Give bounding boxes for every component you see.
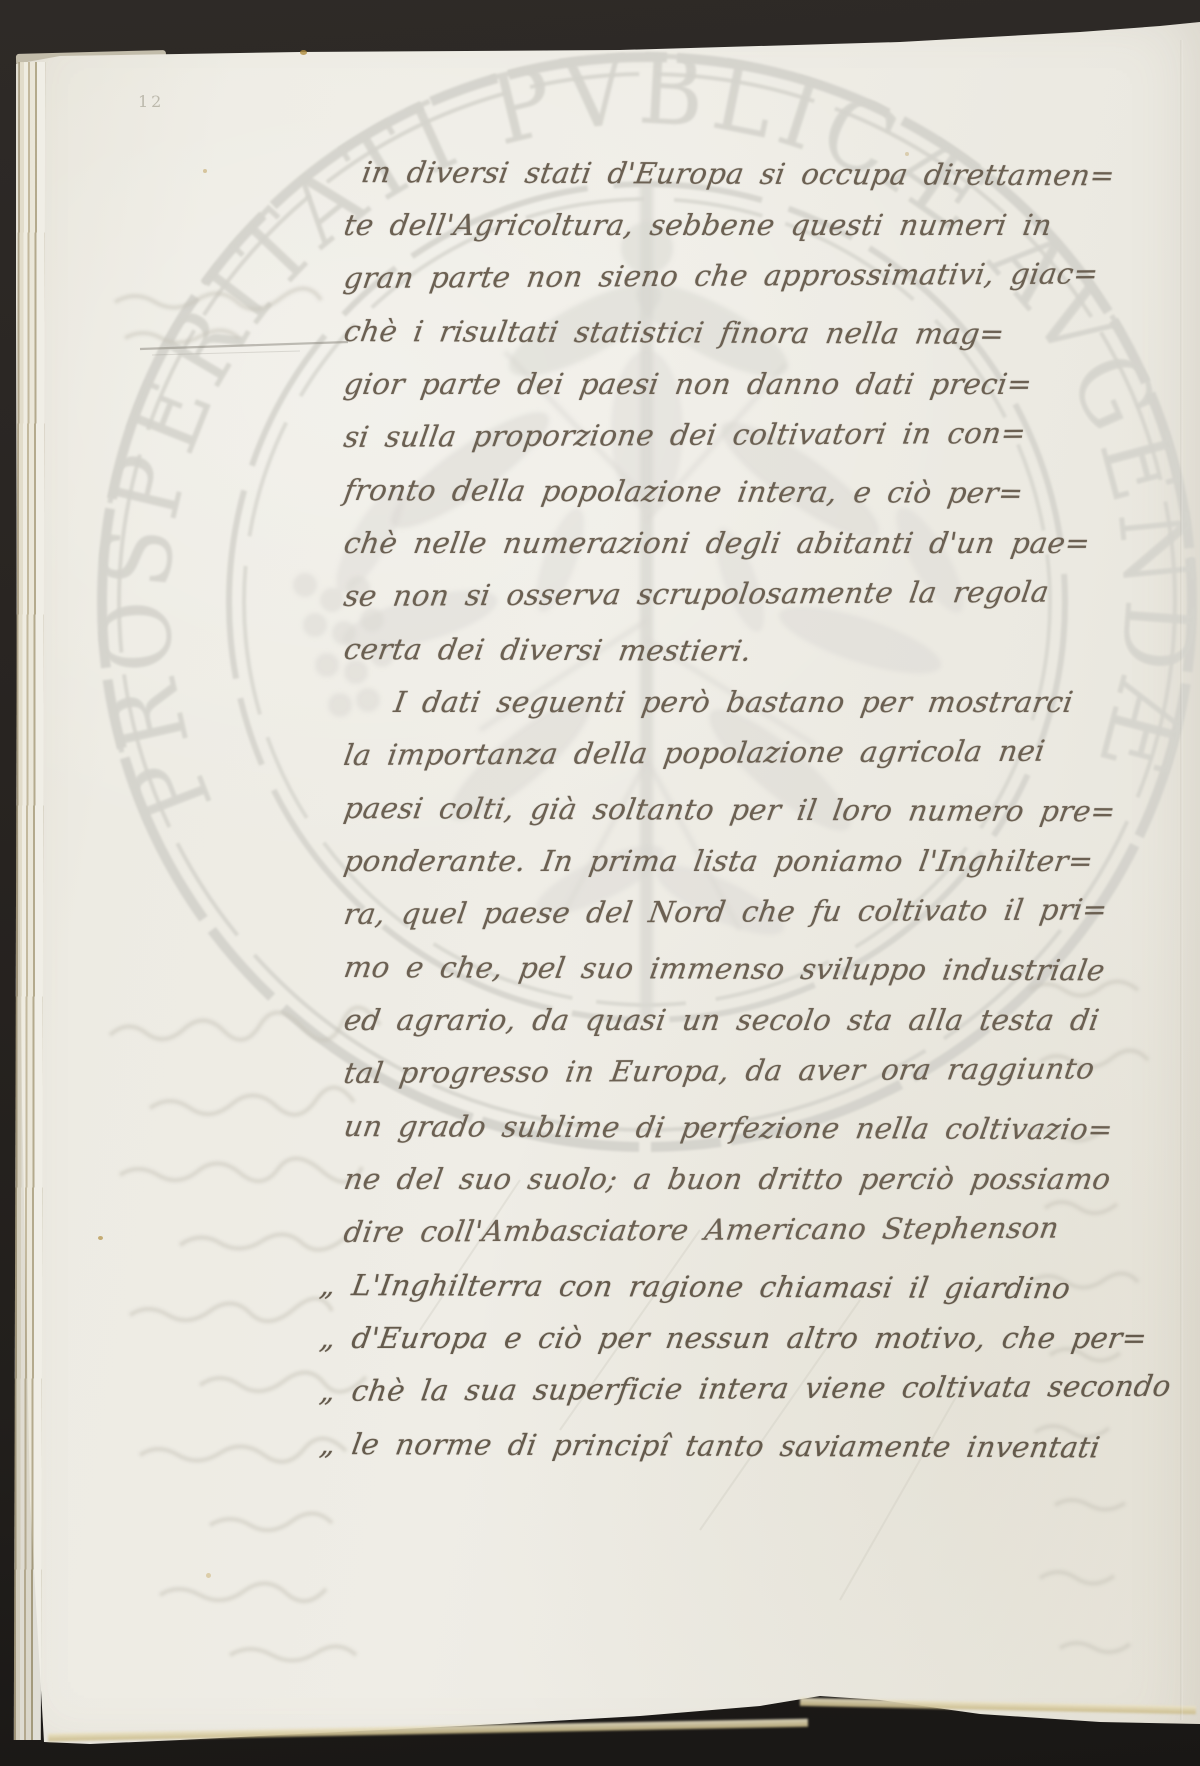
manuscript-line: ra, quel paese del Nord che fu coltivato… bbox=[340, 884, 1069, 941]
scanned-manuscript-photo: PROSPERITATI PVBLICÆ AVGENDÆ bbox=[0, 0, 1200, 1766]
manuscript-line: paesi colti, già soltanto per il loro nu… bbox=[340, 782, 1068, 838]
manuscript-line: dire coll'Ambasciatore Americano Stephen… bbox=[340, 1202, 1069, 1259]
manuscript-line: chè nelle numerazioni degli abitanti d'u… bbox=[340, 517, 1068, 570]
manuscript-line: certa dei diversi mestieri. bbox=[340, 623, 1068, 679]
manuscript-line: „ le norme di principî tanto saviamente … bbox=[316, 1418, 1068, 1474]
manuscript-line: „ d'Europa e ciò per nessun altro motivo… bbox=[316, 1312, 1068, 1365]
manuscript-line: I dati seguenti però bastano per mostrar… bbox=[340, 676, 1068, 729]
page-fold-line bbox=[1180, 40, 1183, 1720]
manuscript-line: chè i risultati statistici finora nella … bbox=[340, 305, 1068, 361]
paper-stain bbox=[905, 152, 909, 156]
manuscript-line: gior parte dei paesi non danno dati prec… bbox=[340, 358, 1068, 411]
manuscript-line: la importanza della popolazione agricola… bbox=[340, 725, 1069, 782]
manuscript-line: si sulla proporzione dei coltivatori in … bbox=[340, 407, 1069, 464]
manuscript-line: ne del suo suolo; a buon dritto perciò p… bbox=[340, 1153, 1068, 1206]
manuscript-line: ponderante. In prima lista poniamo l'Ing… bbox=[340, 835, 1068, 888]
manuscript-text-block: in diversi stati d'Europa si occupa dire… bbox=[340, 146, 1060, 1471]
manuscript-line: „ L'Inghilterra con ragione chiamasi il … bbox=[316, 1259, 1068, 1315]
paper-stain bbox=[206, 1573, 211, 1578]
manuscript-line: tal progresso in Europa, da aver ora rag… bbox=[340, 1043, 1069, 1100]
manuscript-line: un grado sublime di perfezione nella col… bbox=[340, 1100, 1068, 1156]
manuscript-line: te dell'Agricoltura, sebbene questi nume… bbox=[340, 199, 1068, 252]
paper-stain bbox=[98, 1236, 103, 1240]
paper-stain bbox=[203, 169, 207, 173]
page-number: 12 bbox=[138, 92, 164, 111]
manuscript-line: fronto della popolazione intera, e ciò p… bbox=[340, 464, 1068, 520]
manuscript-line: mo e che, pel suo immenso sviluppo indus… bbox=[340, 941, 1068, 997]
manuscript-line: in diversi stati d'Europa si occupa dire… bbox=[340, 146, 1068, 202]
paper-stack-edges bbox=[14, 62, 45, 1740]
paper-stain bbox=[300, 50, 307, 55]
manuscript-line: „ chè la sua superficie intera viene col… bbox=[316, 1360, 1069, 1418]
manuscript-line: gran parte non sieno che approssimativi,… bbox=[340, 248, 1069, 305]
manuscript-line: se non si osserva scrupolosamente la reg… bbox=[340, 566, 1069, 623]
manuscript-line: ed agrario, da quasi un secolo sta alla … bbox=[340, 994, 1068, 1047]
